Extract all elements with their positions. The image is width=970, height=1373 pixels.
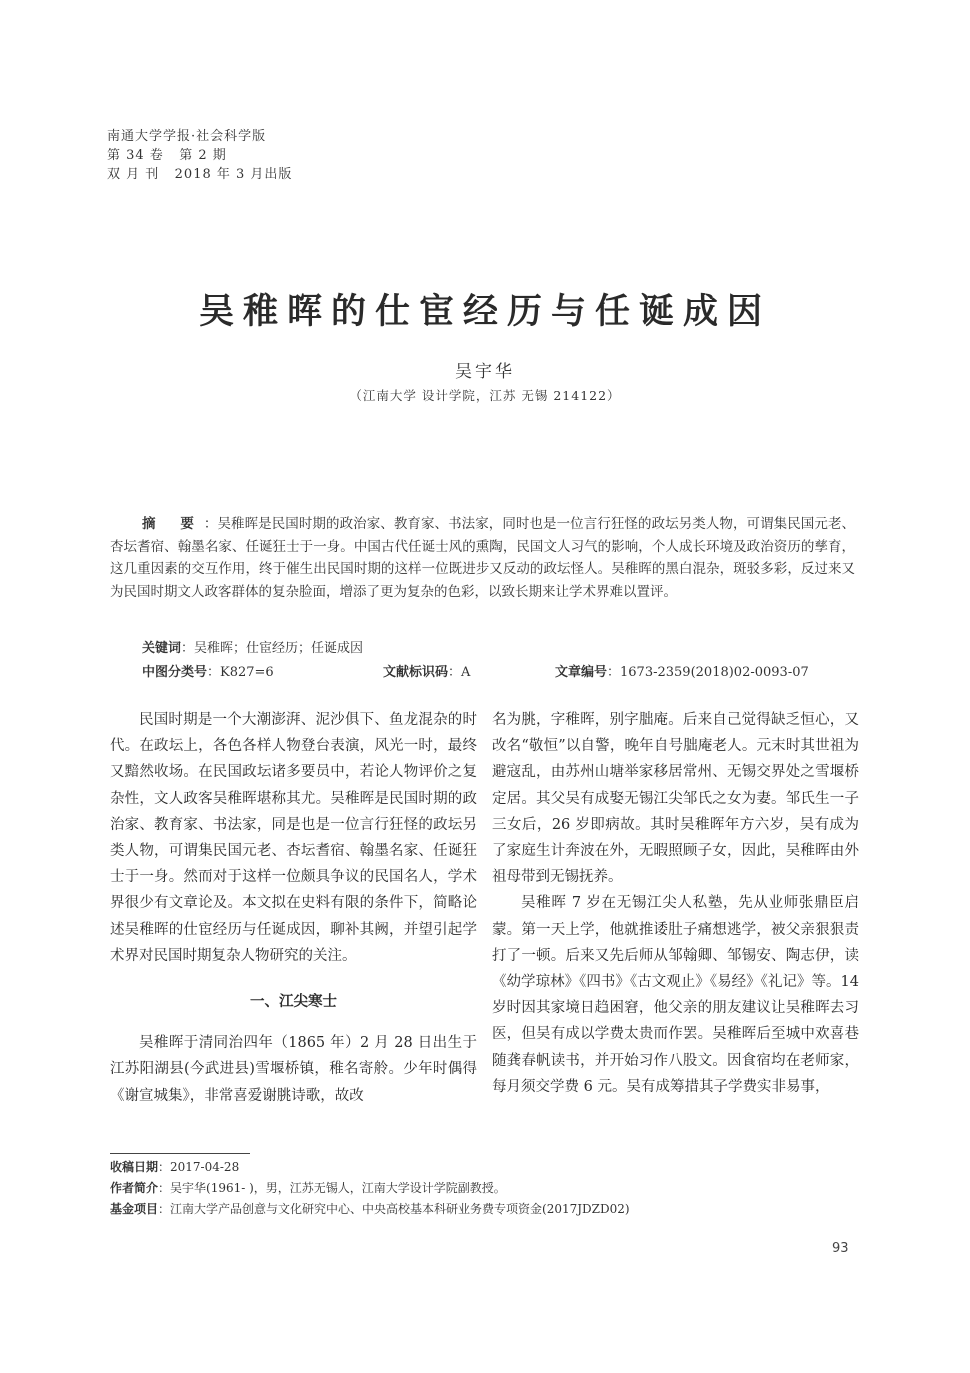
journal-volume-issue: 第 34 卷 第 2 期 xyxy=(107,146,292,165)
document-code: 文献标识码：A xyxy=(383,661,470,680)
abstract: 摘 要：吴稚晖是民国时期的政治家、教育家、书法家，同时也是一位言行狂怪的政坛另类… xyxy=(110,513,855,603)
body-paragraph: 民国时期是一个大潮澎湃、泥沙俱下、鱼龙混杂的时代。在政坛上，各色各样人物登台表演… xyxy=(110,707,477,969)
body-paragraph: 吴稚晖 7 岁在无锡江尖人私塾，先从业师张鼎臣启蒙。第一天上学，他就推诿肚子痛想… xyxy=(492,890,859,1100)
footnote-divider xyxy=(110,1153,250,1154)
clc-number: 中图分类号：K827=6 xyxy=(142,661,274,680)
article-title: 吴稚晖的仕宦经历与任诞成因 xyxy=(0,284,970,334)
author-affiliation: （江南大学 设计学院，江苏 无锡 214122） xyxy=(0,386,970,404)
funding-label: 基金项目 xyxy=(110,1202,158,1216)
body-paragraph: 名为朓，字稚晖，别字朏庵。后来自己觉得缺乏恒心，又改名“敬恒”以自警，晚年自号朏… xyxy=(492,707,859,890)
footnotes: 收稿日期：2017-04-28 作者简介：吴宇华(1961- )，男，江苏无锡人… xyxy=(110,1157,630,1220)
author-bio-value: ：吴宇华(1961- )，男，江苏无锡人，江南大学设计学院副教授。 xyxy=(158,1181,506,1195)
clc-value: ：K827=6 xyxy=(207,665,274,680)
abstract-text: ：吴稚晖是民国时期的政治家、教育家、书法家，同时也是一位言行狂怪的政坛另类人物，… xyxy=(110,516,855,600)
document-code-label: 文献标识码 xyxy=(383,665,448,680)
body-paragraph: 吴稚晖于清同治四年（1865 年）2 月 28 日出生于江苏阳湖县(今武进县)雪… xyxy=(110,1030,477,1109)
page-number: 93 xyxy=(832,1241,849,1256)
article-number: 文章编号：1673-2359(2018)02-0093-07 xyxy=(555,661,809,680)
body-left-column: 民国时期是一个大潮澎湃、泥沙俱下、鱼龙混杂的时代。在政坛上，各色各样人物登台表演… xyxy=(110,707,477,1109)
article-number-label: 文章编号 xyxy=(555,665,607,680)
received-date-label: 收稿日期 xyxy=(110,1160,158,1174)
author-bio-label: 作者简介 xyxy=(110,1181,158,1195)
document-code-value: ：A xyxy=(448,665,470,680)
journal-name: 南通大学学报·社会科学版 xyxy=(107,127,292,146)
keywords-label: 关键词 xyxy=(142,641,181,656)
keywords-value: ：吴稚晖；仕宦经历；任诞成因 xyxy=(181,641,363,656)
clc-label: 中图分类号 xyxy=(142,665,207,680)
funding: 基金项目：江南大学产品创意与文化研究中心、中央高校基本科研业务费专项资金(201… xyxy=(110,1199,630,1220)
journal-header: 南通大学学报·社会科学版 第 34 卷 第 2 期 双 月 刊 2018 年 3… xyxy=(107,127,292,184)
article-number-value: ：1673-2359(2018)02-0093-07 xyxy=(607,665,809,680)
journal-publication-date: 双 月 刊 2018 年 3 月出版 xyxy=(107,165,292,184)
received-date: 收稿日期：2017-04-28 xyxy=(110,1157,630,1178)
abstract-label: 摘 要 xyxy=(142,516,204,532)
keywords: 关键词：吴稚晖；仕宦经历；任诞成因 xyxy=(142,637,363,656)
section-heading: 一、江尖寒士 xyxy=(110,989,477,1015)
article-author: 吴宇华 xyxy=(0,357,970,382)
body-right-column: 名为朓，字稚晖，别字朏庵。后来自己觉得缺乏恒心，又改名“敬恒”以自警，晚年自号朏… xyxy=(492,707,859,1100)
received-date-value: ：2017-04-28 xyxy=(158,1160,239,1174)
author-bio: 作者简介：吴宇华(1961- )，男，江苏无锡人，江南大学设计学院副教授。 xyxy=(110,1178,630,1199)
funding-value: ：江南大学产品创意与文化研究中心、中央高校基本科研业务费专项资金(2017JDZ… xyxy=(158,1202,630,1216)
